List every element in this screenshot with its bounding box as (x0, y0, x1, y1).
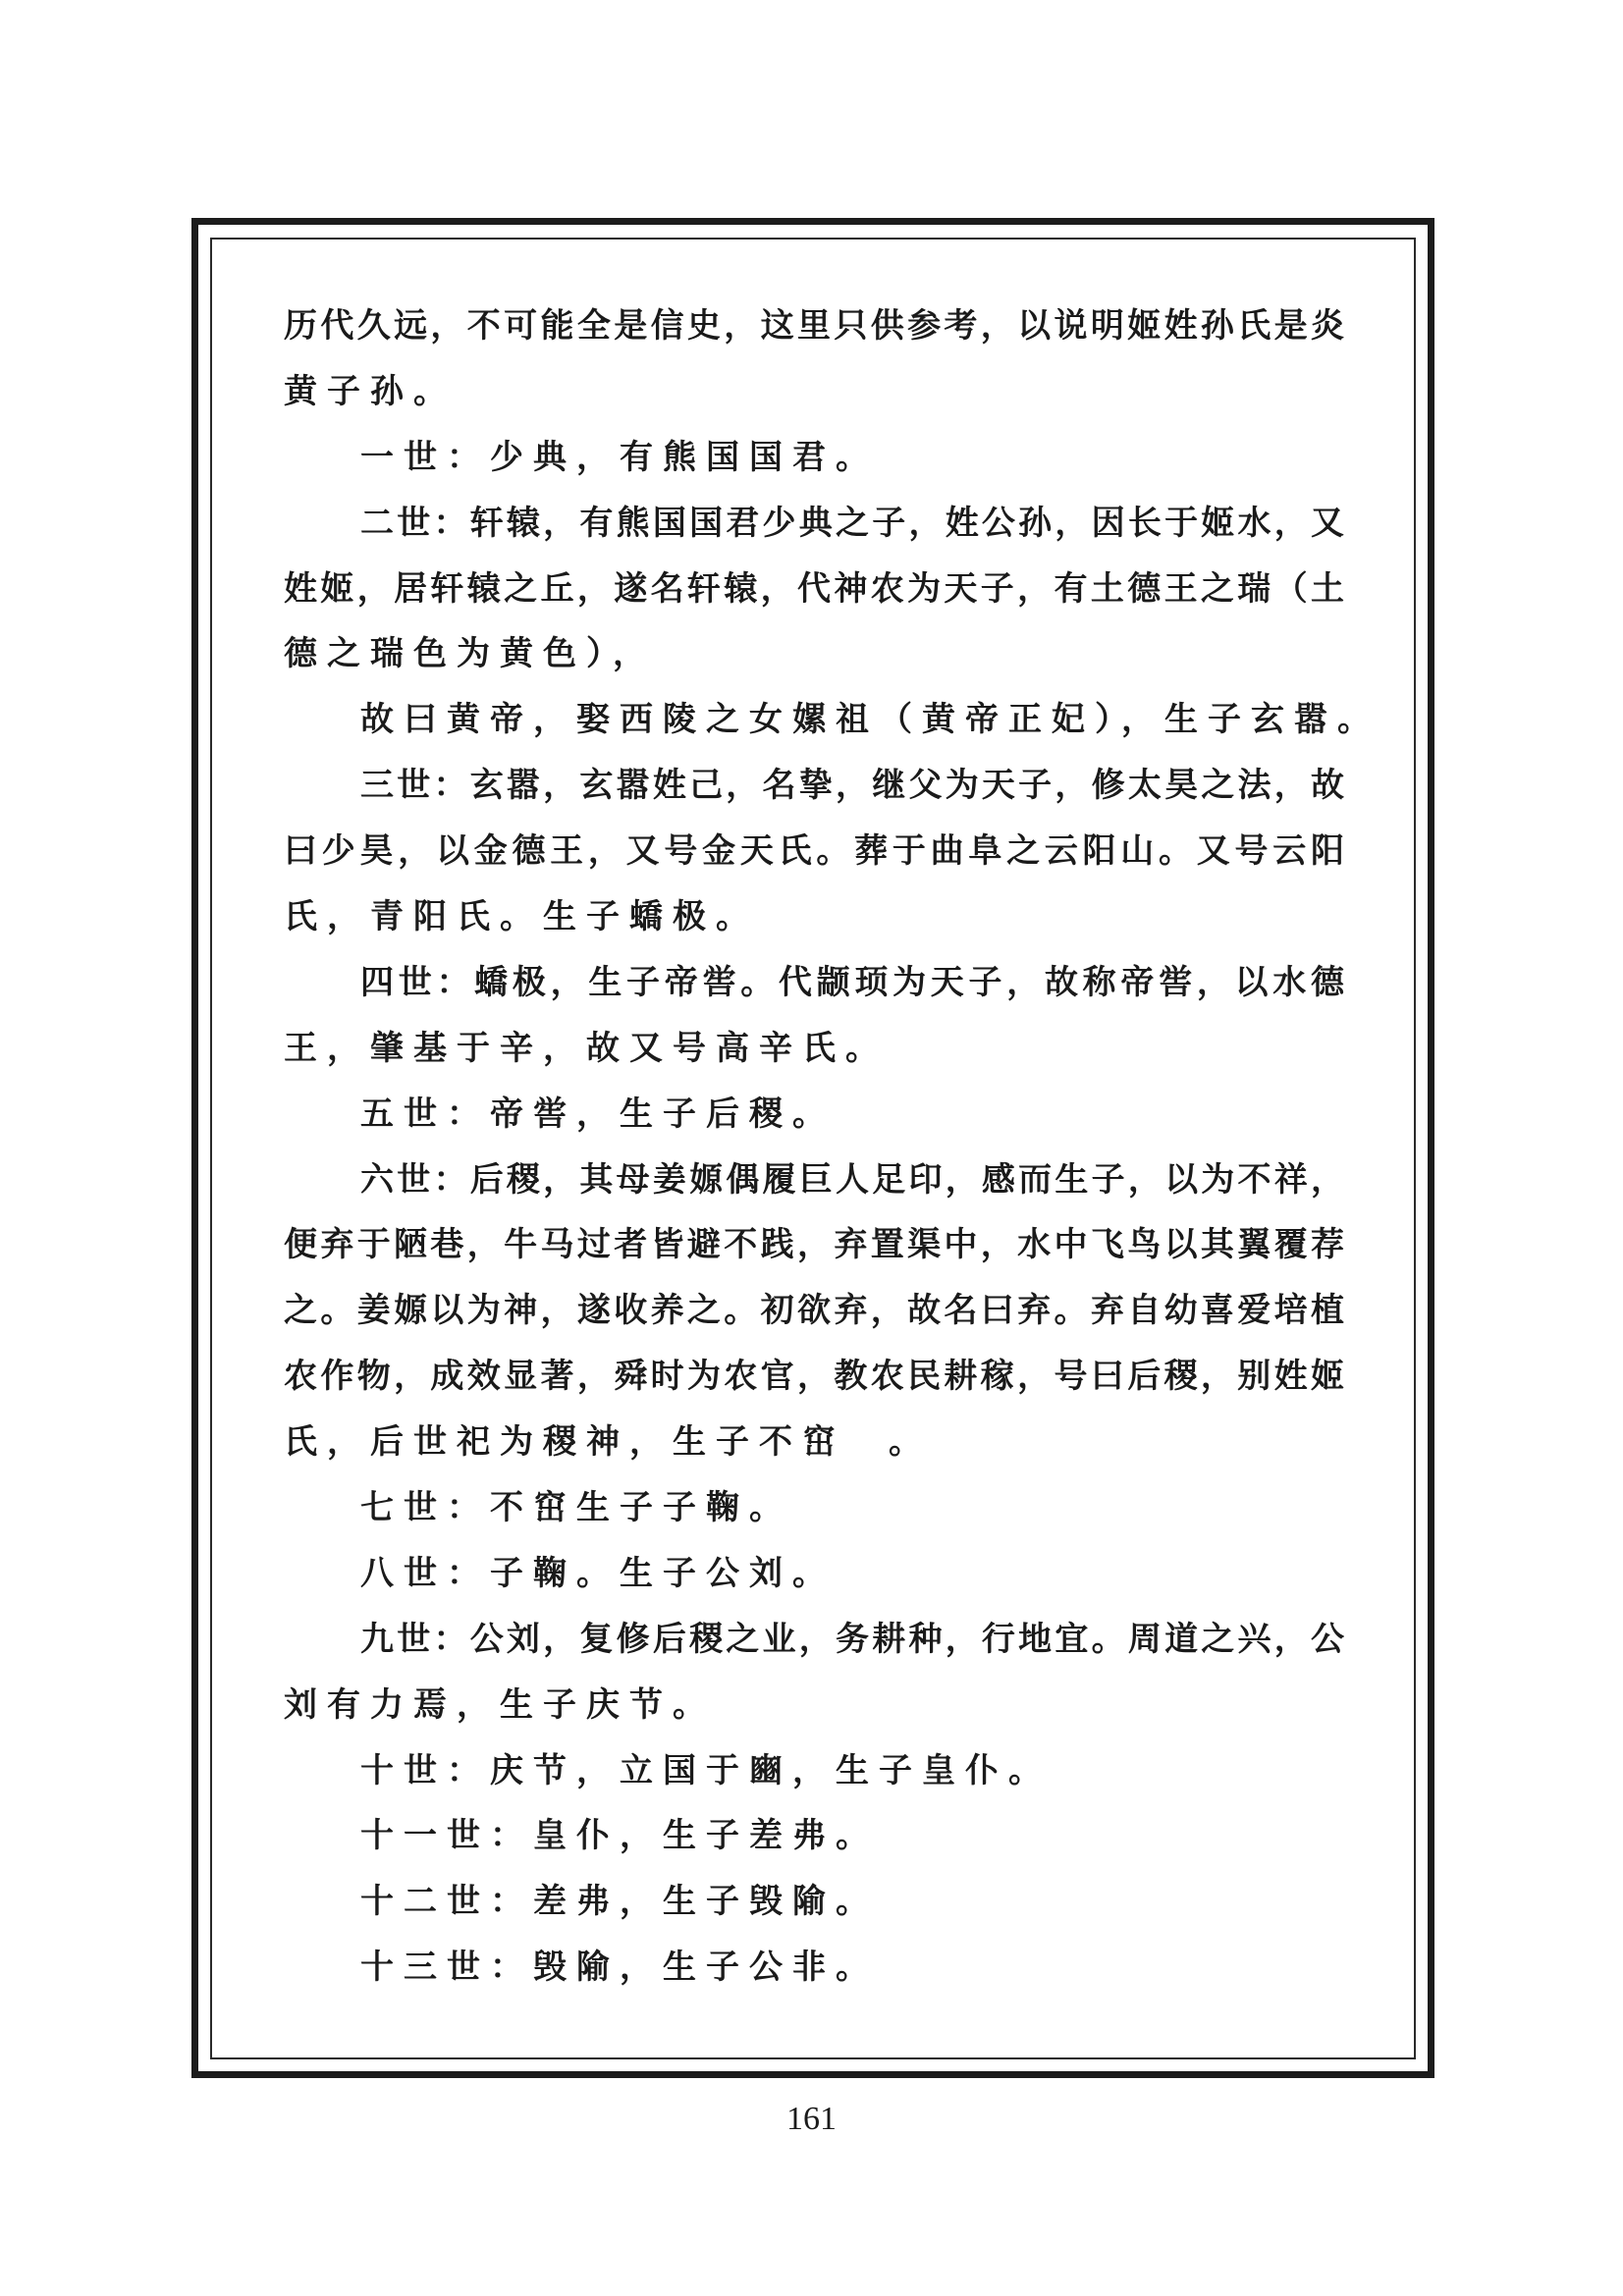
text-line: 氏，后世祀为稷神，生子不窋 。 (284, 1420, 1344, 1486)
generation-entry-7: 七世：不窋生子子鞠。 (284, 1486, 1344, 1552)
generation-entry-6: 六世：后稷，其母姜嫄偶履巨人足印，感而生子，以为不祥， (284, 1158, 1344, 1224)
text-line: 农作物，成效显著，舜时为农官，教农民耕稼，号曰后稷，别姓姬 (284, 1355, 1344, 1420)
text-line: 氏，青阳氏。生子蟜极。 (284, 895, 1344, 961)
generation-entry-3: 三世：玄嚣，玄嚣姓己，名挚，继父为天子，修太昊之法，故 (284, 764, 1344, 829)
text-line: 历代久远，不可能全是信史，这里只供参考，以说明姬姓孙氏是炎 (284, 304, 1344, 370)
body-text: 历代久远，不可能全是信史，这里只供参考，以说明姬姓孙氏是炎 黄子孙。 一世：少典… (284, 304, 1344, 2011)
generation-entry-1: 一世：少典，有熊国国君。 (284, 436, 1344, 502)
generation-entry-5: 五世：帝喾，生子后稷。 (284, 1093, 1344, 1158)
page-number: 161 (0, 2101, 1623, 2138)
text-line: 故曰黄帝，娶西陵之女嫘祖（黄帝正妃），生子玄嚣。 (284, 698, 1344, 764)
generation-entry-4: 四世：蟜极，生子帝喾。代颛顼为天子，故称帝喾，以水德 (284, 961, 1344, 1027)
text-line: 黄子孙。 (284, 370, 1344, 436)
text-line: 之。姜嫄以为神，遂收养之。初欲弃，故名曰弃。弃自幼喜爱培植 (284, 1289, 1344, 1355)
generation-entry-13: 十三世：毁隃，生子公非。 (284, 1946, 1344, 2011)
generation-entry-2: 二世：轩辕，有熊国国君少典之子，姓公孙，因长于姬水，又 (284, 502, 1344, 567)
text-line: 曰少昊，以金德王，又号金天氏。葬于曲阜之云阳山。又号云阳 (284, 829, 1344, 895)
text-line: 德之瑞色为黄色）， (284, 632, 1344, 698)
text-line: 王，肇基于辛，故又号高辛氏。 (284, 1027, 1344, 1093)
generation-entry-9: 九世：公刘，复修后稷之业，务耕种，行地宜。周道之兴，公 (284, 1618, 1344, 1683)
generation-entry-11: 十一世：皇仆，生子差弗。 (284, 1814, 1344, 1880)
text-line: 姓姬，居轩辕之丘，遂名轩辕，代神农为天子，有土德王之瑞（土 (284, 567, 1344, 633)
generation-entry-12: 十二世：差弗，生子毁隃。 (284, 1880, 1344, 1946)
generation-entry-10: 十世：庆节，立国于豳，生子皇仆。 (284, 1749, 1344, 1815)
text-line: 便弃于陋巷，牛马过者皆避不践，弃置渠中，水中飞鸟以其翼覆荐 (284, 1223, 1344, 1289)
text-line: 刘有力焉，生子庆节。 (284, 1683, 1344, 1749)
generation-entry-8: 八世：子鞠。生子公刘。 (284, 1552, 1344, 1618)
